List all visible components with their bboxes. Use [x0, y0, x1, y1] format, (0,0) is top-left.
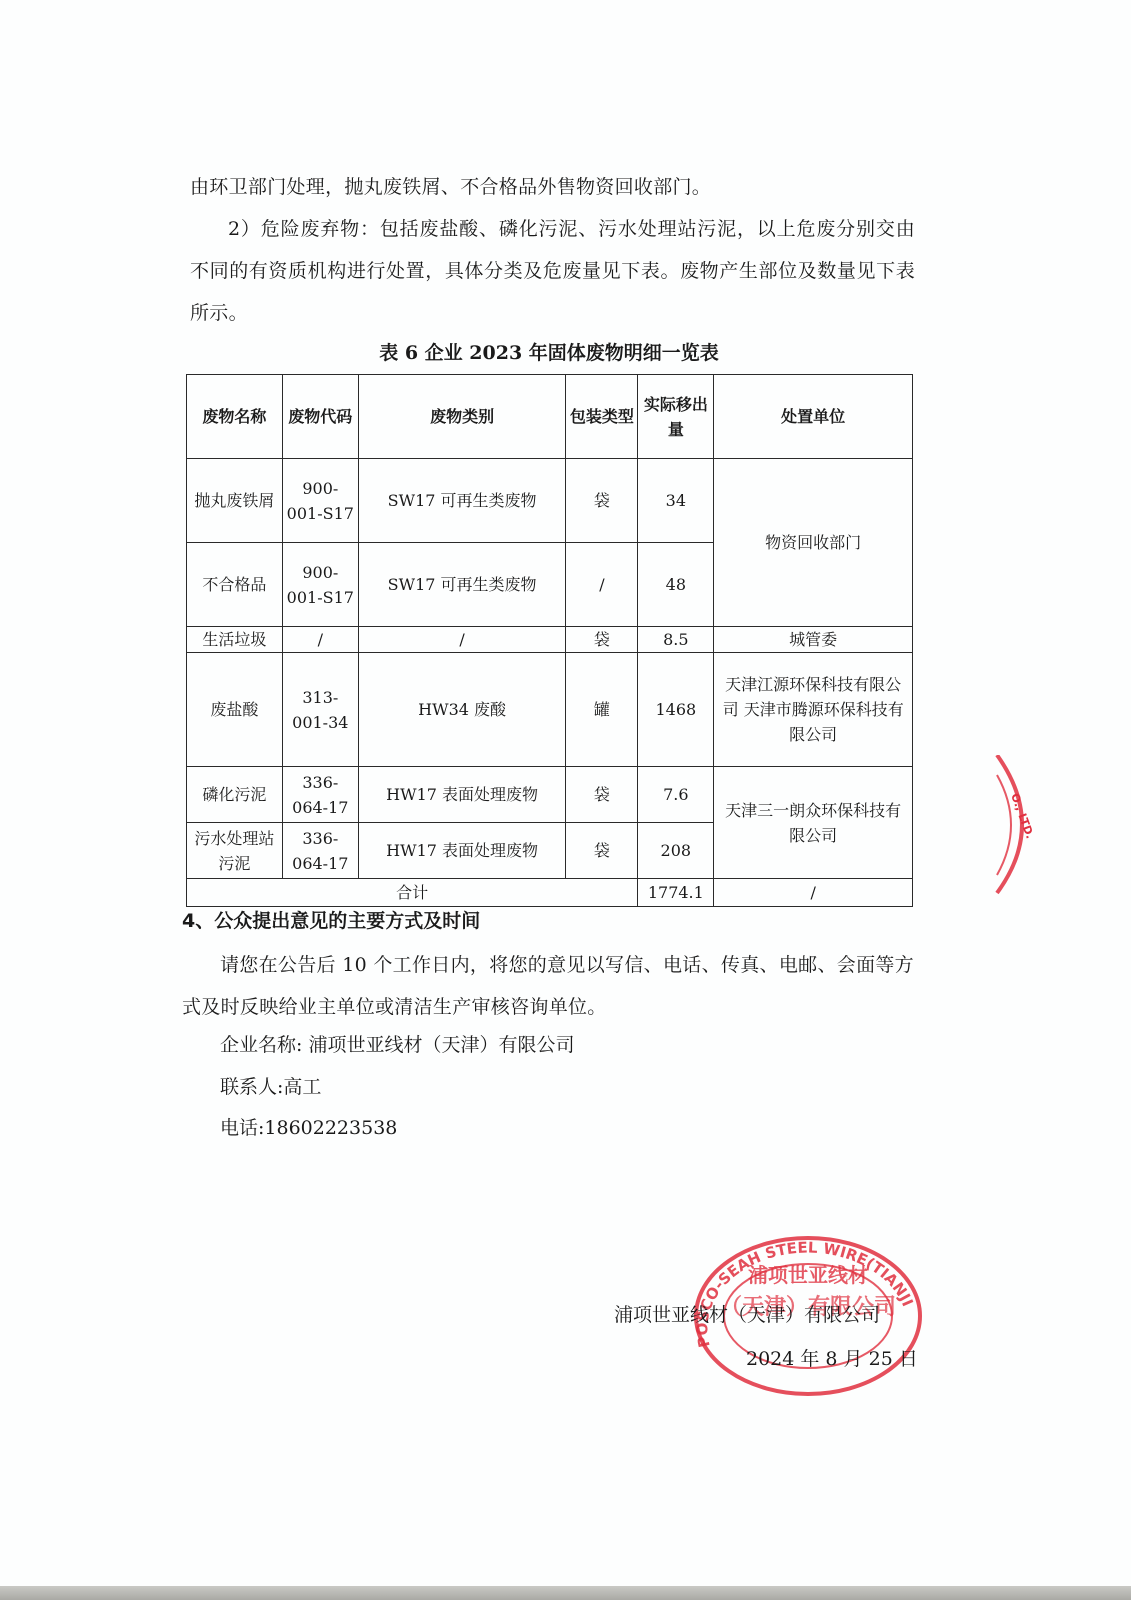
cell-category: /: [358, 627, 566, 653]
table-row: 废盐酸 313-001-34 HW34 废酸 罐 1468 天津江源环保科技有限…: [187, 653, 913, 767]
cell-category: HW17 表面处理废物: [358, 823, 566, 879]
cell-disposer: 城管委: [714, 627, 913, 653]
cell-packaging: /: [566, 543, 638, 627]
cell-code: /: [282, 627, 358, 653]
cell-name: 不合格品: [187, 543, 283, 627]
table-row: 抛丸废铁屑 900-001-S17 SW17 可再生类废物 袋 34 物资回收部…: [187, 459, 913, 543]
table-row: 磷化污泥 336-064-17 HW17 表面处理废物 袋 7.6 天津三一朗众…: [187, 767, 913, 823]
contact-line: 联系人:高工: [220, 1072, 321, 1102]
waste-table: 废物名称 废物代码 废物类别 包装类型 实际移出量 处置单位 抛丸废铁屑 900…: [186, 374, 913, 907]
cell-category: HW34 废酸: [358, 653, 566, 767]
cell-code: 900-001-S17: [282, 459, 358, 543]
cell-disposer: 物资回收部门: [714, 459, 913, 627]
header-quantity: 实际移出量: [638, 375, 714, 459]
paragraph-continuation: 由环卫部门处理，抛丸废铁屑、不合格品外售物资回收部门。: [190, 166, 915, 208]
signature-date: 2024 年 8 月 25 日: [746, 1344, 918, 1374]
table-row: 生活垃圾 / / 袋 8.5 城管委: [187, 627, 913, 653]
header-code: 废物代码: [282, 375, 358, 459]
seam-stamp-fragment: O., LTD.: [995, 755, 1045, 895]
cell-name: 抛丸废铁屑: [187, 459, 283, 543]
cell-code: 336-064-17: [282, 823, 358, 879]
paragraph-feedback: 请您在公告后 10 个工作日内，将您的意见以写信、电话、传真、电邮、会面等方式及…: [182, 944, 914, 1028]
total-quantity: 1774.1: [638, 879, 714, 907]
cell-category: SW17 可再生类废物: [358, 543, 566, 627]
cell-quantity: 34: [638, 459, 714, 543]
scan-bottom-edge: [0, 1586, 1131, 1600]
cell-quantity: 208: [638, 823, 714, 879]
cell-quantity: 1468: [638, 653, 714, 767]
cell-disposer: 天津三一朗众环保科技有限公司: [714, 767, 913, 879]
cell-quantity: 8.5: [638, 627, 714, 653]
header-category: 废物类别: [358, 375, 566, 459]
cell-packaging: 袋: [566, 459, 638, 543]
paragraph-hazardous-waste: 2）危险废弃物：包括废盐酸、磷化污泥、污水处理站污泥，以上危废分别交由不同的有资…: [190, 208, 915, 334]
company-name-line: 企业名称: 浦项世亚线材（天津）有限公司: [220, 1030, 574, 1060]
cell-quantity: 7.6: [638, 767, 714, 823]
cell-quantity: 48: [638, 543, 714, 627]
header-disposer: 处置单位: [714, 375, 913, 459]
header-packaging: 包装类型: [566, 375, 638, 459]
cell-packaging: 袋: [566, 627, 638, 653]
table-total-row: 合计 1774.1 /: [187, 879, 913, 907]
cell-name: 废盐酸: [187, 653, 283, 767]
cell-category: HW17 表面处理废物: [358, 767, 566, 823]
svg-text:POSCO-SEAH STEEL WIRE(TIANJIN): POSCO-SEAH STEEL WIRE(TIANJIN) CO., LTD.: [680, 1226, 917, 1349]
svg-text:浦项世亚线材: 浦项世亚线材: [748, 1263, 868, 1287]
signature-company: 浦项世亚线材（天津）有限公司: [614, 1300, 880, 1330]
cell-code: 900-001-S17: [282, 543, 358, 627]
cell-code: 336-064-17: [282, 767, 358, 823]
header-name: 废物名称: [187, 375, 283, 459]
cell-code: 313-001-34: [282, 653, 358, 767]
table-header-row: 废物名称 废物代码 废物类别 包装类型 实际移出量 处置单位: [187, 375, 913, 459]
total-label: 合计: [187, 879, 638, 907]
cell-disposer: 天津江源环保科技有限公司 天津市腾源环保科技有限公司: [714, 653, 913, 767]
cell-name: 生活垃圾: [187, 627, 283, 653]
total-disposer: /: [714, 879, 913, 907]
table-caption: 表 6 企业 2023 年固体废物明细一览表: [186, 338, 912, 365]
cell-category: SW17 可再生类废物: [358, 459, 566, 543]
cell-packaging: 罐: [566, 653, 638, 767]
phone-line: 电话:18602223538: [220, 1113, 397, 1143]
svg-text:O., LTD.: O., LTD.: [1008, 792, 1036, 841]
cell-name: 污水处理站污泥: [187, 823, 283, 879]
section-heading: 4、公众提出意见的主要方式及时间: [182, 906, 480, 936]
cell-packaging: 袋: [566, 767, 638, 823]
cell-packaging: 袋: [566, 823, 638, 879]
cell-name: 磷化污泥: [187, 767, 283, 823]
